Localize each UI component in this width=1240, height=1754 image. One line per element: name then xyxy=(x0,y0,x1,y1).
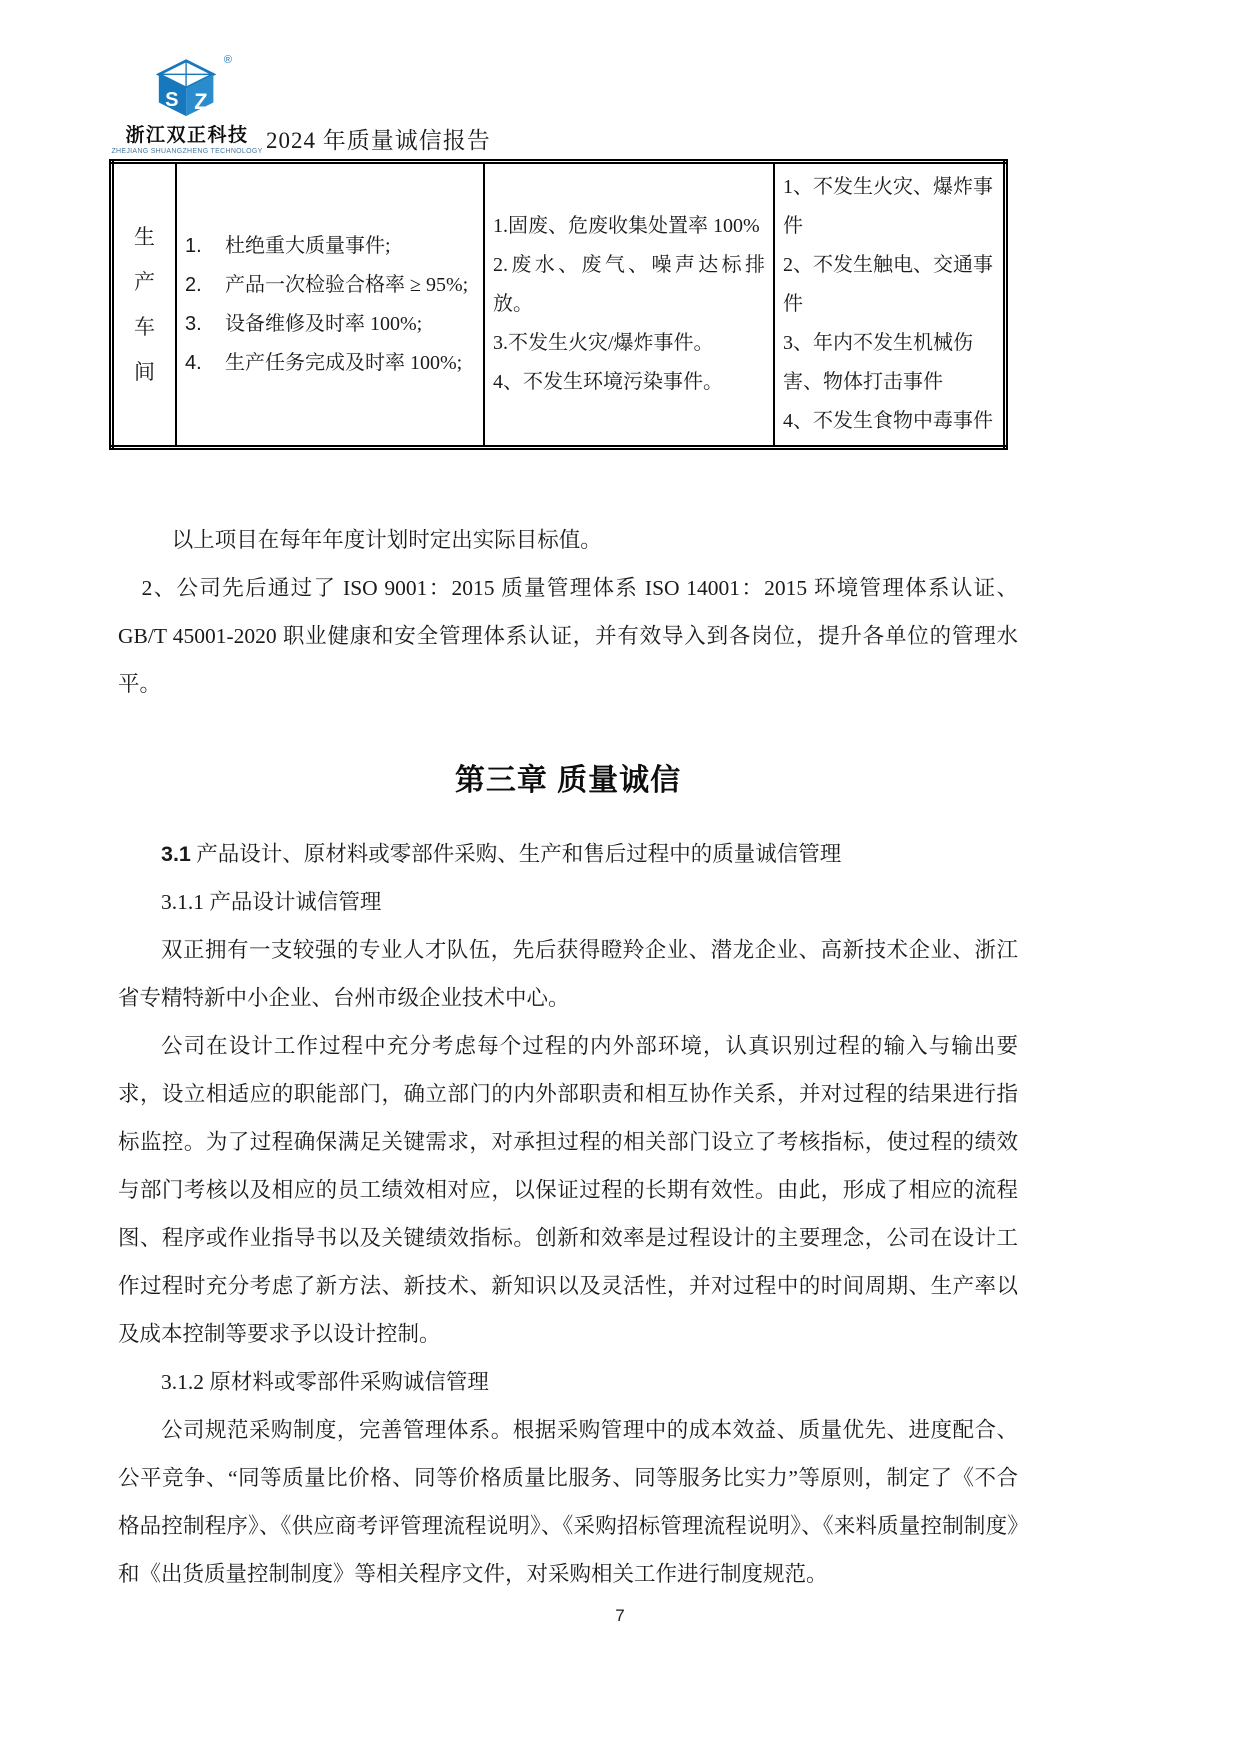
list-number: 4. xyxy=(185,344,225,383)
section-3-1-heading: 3.1 产品设计、原材料或零部件采购、生产和售后过程中的质量诚信管理 xyxy=(118,830,1018,878)
list-item: 1、不发生火灾、爆炸事件 xyxy=(783,168,995,246)
paragraph-purchase-management: 公司规范采购制度，完善管理体系。根据采购管理中的成本效益、质量优先、进度配合、公… xyxy=(118,1406,1018,1598)
report-title: 2024 年质量诚信报告 xyxy=(266,122,491,155)
paragraph-iso-certifications: 2、公司先后通过了 ISO 9001：2015 质量管理体系 ISO 14001… xyxy=(118,564,1018,708)
list-item: 3. 设备维修及时率 100%; xyxy=(185,305,475,344)
list-item: 1. 杜绝重大质量事件; xyxy=(185,227,475,266)
list-text: 生产任务完成及时率 100%; xyxy=(225,344,475,383)
company-name-en: ZHEJIANG SHUANGZHENG TECHNOLOGY xyxy=(111,148,262,155)
page-content: S Z ® 浙江双正科技 ZHEJIANG SHUANGZHENG TECHNO… xyxy=(118,0,1018,1598)
cube-sz-icon: S Z xyxy=(148,58,226,118)
document-page: S Z ® 浙江双正科技 ZHEJIANG SHUANGZHENG TECHNO… xyxy=(0,0,1240,1754)
registered-trademark-icon: ® xyxy=(224,54,232,66)
environment-goals-list: 1.固废、危废收集处置率 100% 2.废水、废气、噪声达标排放。 3.不发生火… xyxy=(493,207,765,402)
section-3-1-2-heading: 3.1.2 原材料或零部件采购诚信管理 xyxy=(118,1358,1018,1406)
environment-goals-cell: 1.固废、危废收集处置率 100% 2.废水、废气、噪声达标排放。 3.不发生火… xyxy=(484,162,774,448)
list-item: 3.不发生火灾/爆炸事件。 xyxy=(493,324,765,363)
list-text: 杜绝重大质量事件; xyxy=(225,227,475,266)
list-item: 2.废水、废气、噪声达标排放。 xyxy=(493,246,765,324)
table-row: 生产车间 1. 杜绝重大质量事件; 2. 产品一次检验合格率 ≥ 95%; 3. xyxy=(112,162,1006,448)
list-item: 4、不发生食物中毒事件 xyxy=(783,402,995,441)
section-number: 3.1 xyxy=(161,842,191,866)
company-name-cn: 浙江双正科技 xyxy=(125,120,248,147)
company-logo: S Z ® 浙江双正科技 ZHEJIANG SHUANGZHENG TECHNO… xyxy=(118,58,256,155)
list-number: 1. xyxy=(185,227,225,266)
page-footer: 7 xyxy=(0,1606,1240,1626)
list-item: 2、不发生触电、交通事件 xyxy=(783,246,995,324)
list-item: 1.固废、危废收集处置率 100% xyxy=(493,207,765,246)
section-3-1-1-heading: 3.1.1 产品设计诚信管理 xyxy=(118,878,1018,926)
logo-cube-icon: S Z ® xyxy=(148,58,226,118)
list-item: 4. 生产任务完成及时率 100%; xyxy=(185,344,475,383)
list-number: 3. xyxy=(185,305,225,344)
section-heading-text: 产品设计、原材料或零部件采购、生产和售后过程中的质量诚信管理 xyxy=(196,842,841,866)
list-text: 产品一次检验合格率 ≥ 95%; xyxy=(225,266,475,305)
list-item: 3、年内不发生机械伤害、物体打击事件 xyxy=(783,324,995,402)
paragraph-design-team: 双正拥有一支较强的专业人才队伍，先后获得瞪羚企业、潜龙企业、高新技术企业、浙江省… xyxy=(118,926,1018,1022)
quality-goals-cell: 1. 杜绝重大质量事件; 2. 产品一次检验合格率 ≥ 95%; 3. 设备维修… xyxy=(176,162,484,448)
list-number: 2. xyxy=(185,266,225,305)
safety-goals-cell: 1、不发生火灾、爆炸事件 2、不发生触电、交通事件 3、年内不发生机械伤害、物体… xyxy=(774,162,1006,448)
paragraph-design-process: 公司在设计工作过程中充分考虑每个过程的内外部环境，认真识别过程的输入与输出要求，… xyxy=(118,1022,1018,1358)
paragraph-annual-targets: 以上项目在每年年度计划时定出实际目标值。 xyxy=(118,516,1018,564)
safety-goals-list: 1、不发生火灾、爆炸事件 2、不发生触电、交通事件 3、年内不发生机械伤害、物体… xyxy=(783,168,995,441)
list-item: 2. 产品一次检验合格率 ≥ 95%; xyxy=(185,266,475,305)
svg-text:S: S xyxy=(165,89,178,111)
list-text: 设备维修及时率 100%; xyxy=(225,305,475,344)
report-header: S Z ® 浙江双正科技 ZHEJIANG SHUANGZHENG TECHNO… xyxy=(118,0,1018,155)
chapter-heading: 第三章 质量诚信 xyxy=(118,758,1018,804)
document-body: 以上项目在每年年度计划时定出实际目标值。 2、公司先后通过了 ISO 9001：… xyxy=(118,516,1018,1598)
row-header-cell: 生产车间 xyxy=(112,162,177,448)
svg-text:Z: Z xyxy=(194,89,207,114)
page-number: 7 xyxy=(615,1606,624,1625)
production-targets-table: 生产车间 1. 杜绝重大质量事件; 2. 产品一次检验合格率 ≥ 95%; 3. xyxy=(109,159,1008,450)
list-item: 4、不发生环境污染事件。 xyxy=(493,363,765,402)
row-header-label: 生产车间 xyxy=(133,215,156,395)
